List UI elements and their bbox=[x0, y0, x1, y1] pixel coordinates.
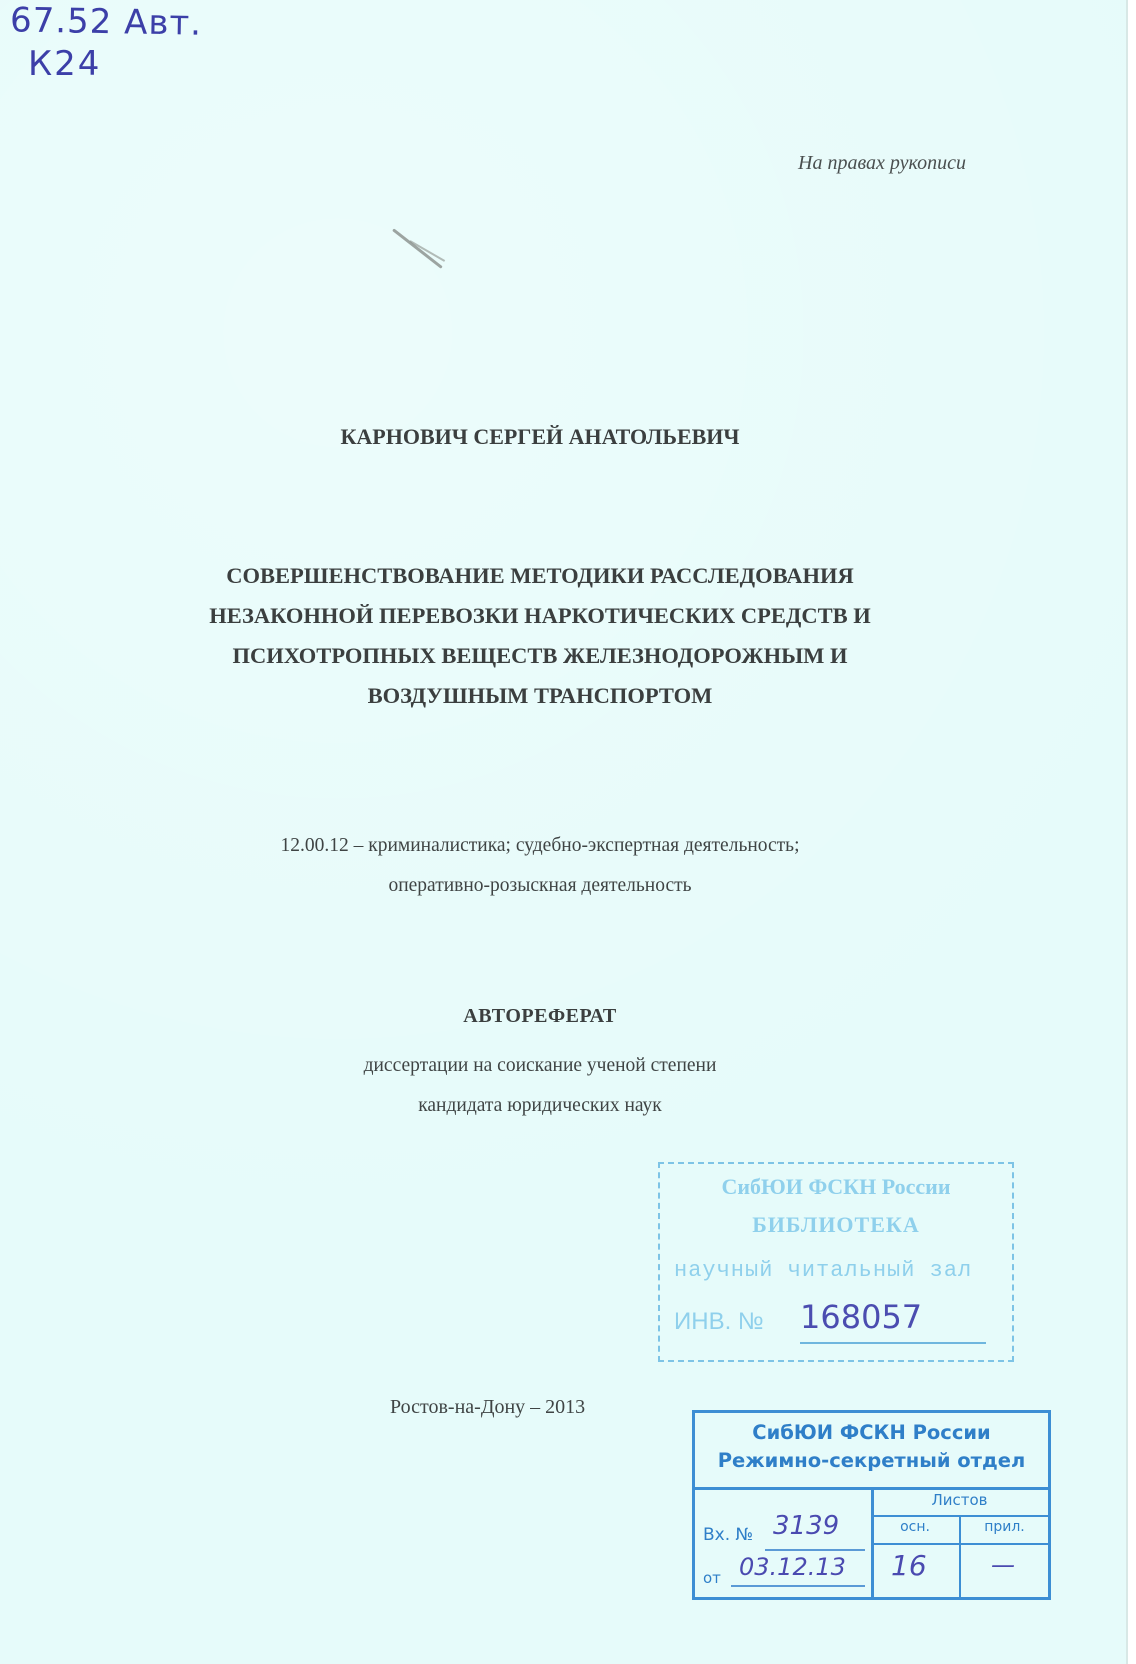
incoming-number: 3139 bbox=[773, 1511, 839, 1541]
library-stamp: СибЮИ ФСКН России БИБЛИОТЕКА научный чит… bbox=[658, 1162, 1014, 1362]
dissertation-title: СОВЕРШЕНСТВОВАНИЕ МЕТОДИКИ РАССЛЕДОВАНИЯ… bbox=[0, 556, 1080, 716]
library-inv-number: 168057 bbox=[800, 1298, 922, 1336]
specialty: 12.00.12 – криминалистика; судебно-экспе… bbox=[0, 826, 1080, 906]
main-sheets-label: осн. bbox=[871, 1519, 959, 1535]
main-sheets-count: 16 bbox=[891, 1549, 927, 1582]
sheets-label: Листов bbox=[871, 1491, 1048, 1509]
appendix-sheets-label: прил. bbox=[961, 1519, 1048, 1535]
registry-stamp-dept: Режимно-секретный отдел bbox=[695, 1449, 1048, 1472]
handwritten-code: К24 bbox=[28, 44, 101, 84]
registry-stamp-org: СибЮИ ФСКН России bbox=[695, 1421, 1048, 1444]
inv-underline bbox=[800, 1342, 986, 1344]
incoming-label: Вх. № bbox=[703, 1525, 753, 1545]
title-line: НЕЗАКОННОЙ ПЕРЕВОЗКИ НАРКОТИЧЕСКИХ СРЕДС… bbox=[0, 596, 1080, 636]
title-line: ВОЗДУШНЫМ ТРАНСПОРТОМ bbox=[0, 676, 1080, 716]
document-page: 67.52 Авт. К24 На правах рукописи КАРНОВ… bbox=[0, 0, 1128, 1664]
library-stamp-hall: научный читальный зал bbox=[674, 1258, 972, 1283]
abstract-description: диссертации на соискание ученой степени … bbox=[0, 1046, 1080, 1126]
library-stamp-dept: БИБЛИОТЕКА bbox=[660, 1212, 1012, 1238]
appendix-sheets-count: — bbox=[991, 1551, 1015, 1579]
incoming-underline bbox=[765, 1549, 865, 1551]
date-label: от bbox=[703, 1569, 721, 1587]
title-line: СОВЕРШЕНСТВОВАНИЕ МЕТОДИКИ РАССЛЕДОВАНИЯ bbox=[0, 556, 1080, 596]
handwritten-classification: 67.52 Авт. bbox=[10, 0, 203, 43]
library-stamp-inv-label: ИНВ. № bbox=[674, 1308, 764, 1336]
title-line: ПСИХОТРОПНЫХ ВЕЩЕСТВ ЖЕЛЕЗНОДОРОЖНЫМ И bbox=[0, 636, 1080, 676]
registry-stamp: СибЮИ ФСКН России Режимно-секретный отде… bbox=[692, 1410, 1051, 1600]
library-stamp-org: СибЮИ ФСКН России bbox=[660, 1174, 1012, 1200]
rights-note: На правах рукописи bbox=[798, 152, 966, 175]
specialty-line: оперативно-розыскная деятельность bbox=[0, 866, 1080, 906]
incoming-date: 03.12.13 bbox=[739, 1553, 846, 1581]
author-name: КАРНОВИЧ СЕРГЕЙ АНАТОЛЬЕВИЧ bbox=[0, 424, 1080, 450]
abstract-heading: АВТОРЕФЕРАТ bbox=[0, 1005, 1080, 1028]
place-year: Ростов-на-Дону – 2013 bbox=[390, 1396, 585, 1419]
date-underline bbox=[731, 1585, 865, 1587]
specialty-line: 12.00.12 – криминалистика; судебно-экспе… bbox=[0, 826, 1080, 866]
abstract-line: кандидата юридических наук bbox=[0, 1086, 1080, 1126]
abstract-line: диссертации на соискание ученой степени bbox=[0, 1046, 1080, 1086]
paper-mark bbox=[392, 228, 443, 269]
